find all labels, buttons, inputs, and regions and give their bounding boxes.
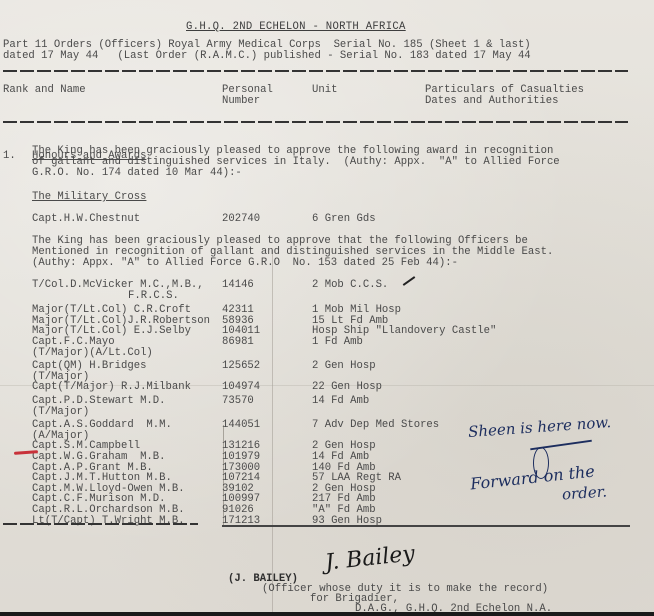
column-header-rank-name: Rank and Name: [3, 85, 86, 96]
signature: J. Bailey: [325, 548, 416, 568]
mention-number: 14146: [222, 280, 254, 291]
pen-tick-mark: [403, 276, 416, 286]
section-number: 1.: [3, 151, 16, 162]
mention-name-continued: F.R.C.S.: [128, 291, 179, 302]
mention-number: 104974: [222, 382, 260, 393]
header-rule: [3, 70, 628, 72]
signatory-role: (Officer whose duty it is to make the re…: [262, 584, 548, 595]
award-recipient-name: Capt.H.W.Chestnut: [32, 214, 140, 225]
mention-name-continued: (T/Major): [32, 407, 89, 418]
mention-unit: 1 Fd Amb: [312, 337, 363, 348]
mention-number: 144051: [222, 420, 260, 431]
mention-unit: 14 Fd Amb: [312, 396, 369, 407]
column-header-rule: [3, 121, 628, 123]
header-line-2: dated 17 May 44 (Last Order (R.A.M.C.) p…: [3, 51, 531, 62]
handwritten-note-line: order.: [562, 486, 608, 500]
document-page: G.H.Q. 2ND ECHELON - NORTH AFRICA Part 1…: [0, 0, 654, 616]
mention-unit: 2 Mob C.C.S.: [312, 280, 388, 291]
award-recipient-number: 202740: [222, 214, 260, 225]
mention-paragraph-line: (Authy: Appx. "A" to Allied Force G.R.O …: [32, 258, 458, 269]
award-recipient-unit: 6 Gren Gds: [312, 214, 376, 225]
mention-number: 125652: [222, 361, 260, 372]
column-header-unit: Unit: [312, 85, 337, 96]
scan-edge: [0, 612, 654, 616]
mention-number: 73570: [222, 396, 254, 407]
footer-rule-left: [3, 523, 198, 525]
mention-unit: 22 Gen Hosp: [312, 382, 382, 393]
column-header-number: Number: [222, 96, 260, 107]
document-title: G.H.Q. 2ND ECHELON - NORTH AFRICA: [186, 22, 406, 33]
mention-unit: 7 Adv Dep Med Stores: [312, 420, 439, 431]
mention-number: 86981: [222, 337, 254, 348]
mention-name: Lt(T/Capt) T.Wright M.B.: [32, 516, 185, 527]
handwritten-note-line: Sheen is here now.: [468, 417, 612, 438]
award-title: The Military Cross: [32, 192, 146, 203]
footer-rule-right: [222, 525, 630, 527]
mention-unit: 2 Gen Hosp: [312, 361, 376, 372]
award-paragraph-line: G.R.O. No. 174 dated 10 Mar 44):-: [32, 168, 242, 179]
column-header-dates: Dates and Authorities: [425, 96, 559, 107]
mention-name-continued: (T/Major)(A/Lt.Col): [32, 348, 153, 359]
mention-name: Capt(T/Major) R.J.Milbank: [32, 382, 191, 393]
paper-crease: [272, 250, 273, 616]
